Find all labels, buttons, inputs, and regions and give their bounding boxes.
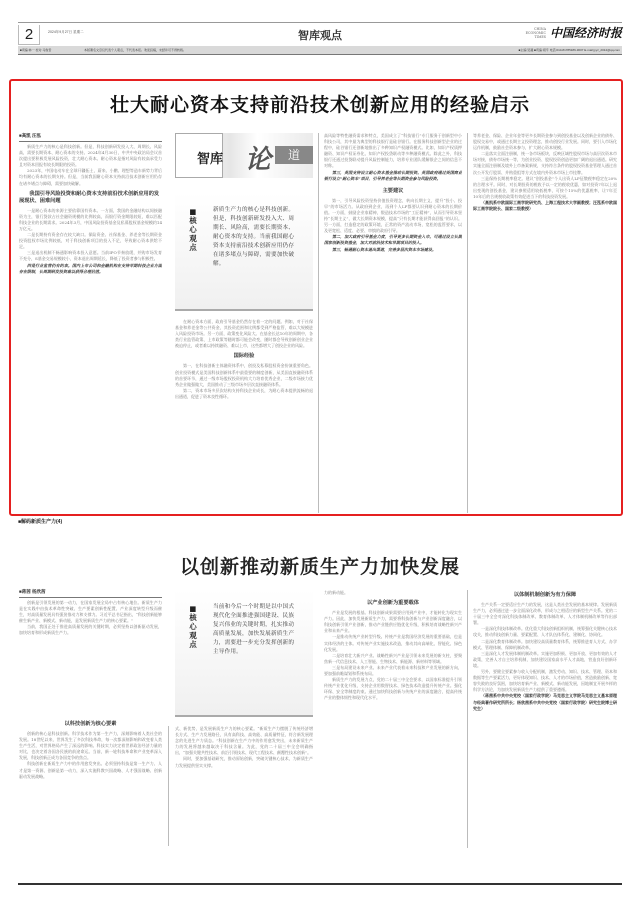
paragraph: 第一，在科技创新主体融资体系中，创投及私募股权资金扮演重要角色。创业投资模式是美… xyxy=(175,363,313,387)
subheading-institution: 以体制机制创新为有力保障 xyxy=(473,592,617,599)
article2-column-2: 式、新优势，是发展新质生产力的核心要素。“新质生产力摆脱了传统经济增长方式、生产… xyxy=(175,726,313,846)
paragraph: 二是培育壮大新兴产业。战略性新兴产业是引领未来发展的新支柱，要聚焦新一代信息技术… xyxy=(324,653,462,665)
series-label: ■解码新质生产力(4) xyxy=(18,518,62,525)
paragraph: 创新的核心是科技创新。科学技术作为第一生产力，深刻影响着人类社会的发展。18世纪… xyxy=(19,731,162,761)
paragraph: 新质生产力的核心是科技创新。但是，科技创新研发投入大、周期长、风险高，需要长期资… xyxy=(19,144,162,168)
paragraph: 二是落实全面注册制，统一各市场板块，反映区域性股权市场与高层次资本市场对接，债券… xyxy=(473,151,617,175)
subheading-industry: 以产业创新为重要载体 xyxy=(324,600,462,607)
paragraph: 同时，要加强基础研究，推动原始创新，突破关键核心技术，为新质生产力发展提供坚实支… xyxy=(175,756,313,768)
brand-english: CHINA ECONOMIC TIMES xyxy=(526,27,546,39)
article2-column-1: 创新是引领发展的第一动力，在国家发展全局中占有核心地位。新质生产力是在实践中由技… xyxy=(19,600,162,715)
newspaper-logo: CHINA ECONOMIC TIMES 中国经济时报 xyxy=(526,24,622,41)
editor-credits-left: ■责编:林一 校对:马俊哲 xyxy=(20,48,51,52)
brand-chinese: 中国经济时报 xyxy=(550,24,622,41)
article-headline[interactable]: 壮大耐心资本支持前沿技术创新应用的经验启示 xyxy=(18,90,622,117)
article2-core-view-box: ■核心观点 当前和今后一个时期是以中国式现代化全面推进强国建设、民族复兴伟业的关… xyxy=(175,590,313,717)
paragraph: 三是布局建设未来产业。未来产业代表着未来科技和产业发展的新方向，要加强前瞻谋划和… xyxy=(324,665,462,677)
paragraph: 生产关系一定要适应生产力的发展，这是人类社会发展的基本规律。发展新质生产力，必须… xyxy=(473,602,617,626)
subheading-international: 国际经验 xyxy=(175,353,313,360)
core-view-box: ■核心观点 新质生产力的核心是科技创新。但是，科技创新研发投入大、周期长、风险高… xyxy=(175,193,313,311)
core-view-text: 新质生产力的核心是科技创新。但是，科技创新研发投入大、周期长、风险高，需要长期资… xyxy=(213,206,295,269)
editor-credits-right: ■主编:吴越 ■责编:胡辛 电话:010-81785186-3007 E-mai… xyxy=(519,48,620,52)
paragraph: 产业是发展的根基。科技创新成果需要应用到产业中，才能转化为现实生产力。因此，加快… xyxy=(324,610,462,634)
paragraph: 等养老金、保险、企业年金等更多长期资金参与到创投基金以及创新企业的债券、股权交易… xyxy=(473,133,617,151)
paragraph: 第二，资本市场多层次结构支持科技企业成长，为耐心资本提供流畅的退出通道，促进了资… xyxy=(175,388,313,400)
masthead: 2 2024年9月27日 星期二 智库观点 CHINA ECONOMIC TIM… xyxy=(18,22,622,46)
paragraph: 三是深化人才发展体制机制改革。实施更加积极、更加开放、更加有效的人才政策，完善人… xyxy=(473,651,617,669)
author-note: （高凯系中欧国际工商学院研究员、上海工程技术大学副教授；汪泓系中欧国际工商学院院… xyxy=(473,200,617,212)
paragraph: 一是深化科技体制改革。优化重大科技创新组织机制，统筹强化关键核心技术攻关，推动科… xyxy=(473,626,617,638)
article2-byline: ■蒋茜 杨欣茜 xyxy=(19,589,45,595)
subheading-suggestions: 主要建议 xyxy=(324,188,462,195)
paragraph: 二是长期持有资金存在较大缺口。保险资金、社保基金、养老金等长期资金投资股权市场比… xyxy=(19,232,162,250)
byline-divider xyxy=(19,597,162,598)
paragraph: 科技创新在新质生产力中的作用愈发突出。必须坚持科技是第一生产力、人才是第一资源、… xyxy=(19,761,162,779)
logo-zhiku: 智库 xyxy=(197,148,223,167)
article-column-4: 等养老金、保险、企业年金等更多长期资金参与到创投基金以及创新企业的债券、股权交易… xyxy=(473,133,617,513)
column-divider xyxy=(168,726,169,846)
paragraph: 力的新动能。 xyxy=(324,590,462,596)
paragraph: 第二，加大政府引导基金力度，引导更多长期资金入市。可通过设立长期国家创新投资基金… xyxy=(324,234,462,246)
byline-divider xyxy=(19,141,162,142)
article2-column-1b: 以科技创新为核心要素 创新的核心是科技创新。科学技术作为第一生产力，深刻影响着人… xyxy=(19,717,162,847)
article-column-2: 在耐心资本方面，政府引导基金仍然存在着一定的问题。例如，对于社保基金和养老金等公… xyxy=(175,319,313,514)
paragraph: 创新是引领发展的第一动力，在国家发展全局中占有核心地位。新质生产力是在实践中由技… xyxy=(19,600,162,624)
page-bottom-rule xyxy=(18,883,622,885)
paragraph: 高风险等特性融资需求和特点，美国成立了“科技银行”专门服务于创新型中小科技公司，… xyxy=(324,133,462,170)
info-bar: ■责编:林一 校对:马俊哲 本版署名文章仅代表个人观点，不代表本报。欢迎投稿，未… xyxy=(18,46,622,55)
core-view-text: 当前和今后一个时期是以中国式现代化全面推进强国建设、民族复兴伟业的关键时期，扎实… xyxy=(213,603,295,657)
paragraph: 新质生产力的发展力点，党的二十届三中全会要求，以国家标准提升引领传统产业优化升级… xyxy=(324,677,462,701)
logo-lun: 论 xyxy=(245,139,271,176)
paragraph: 一是推动传统产业转型升级。传统产业是我国经济发展的重要基础，也是实体经济的主体。… xyxy=(324,634,462,652)
article2-headline[interactable]: 以创新推动新质生产力加快发展 xyxy=(18,552,622,579)
zhiku-lundao-logo: 智库 论 道 xyxy=(175,133,313,178)
disclaimer: 本版署名文章仅代表个人观点，不代表本报。欢迎投稿，未经许可不得转载。 xyxy=(84,48,186,52)
paragraph: 第三，英国支持设立耐心资本基金推动长期投资。英国政府通过英国商业银行设立“耐心资… xyxy=(324,170,462,182)
paragraph: 式、新优势，是发展新质生产力的核心要素。“新质生产力摆脱了传统经济增长方式、生产… xyxy=(175,726,313,756)
paragraph: 当前，我国正处于推进高质量发展的关键时期，必须坚持以创新驱动发展，加快培育和形成… xyxy=(19,624,162,636)
author-note: （蒋茜系中共中央党校（国家行政学院）马克思主义学院马克思主义基本原理与经典著作研… xyxy=(473,693,617,711)
article-column-3: 高风险等特性融资需求和特点，美国成立了“科技银行”专门服务于创新型中小科技公司，… xyxy=(324,133,462,513)
brand-en-line: TIMES xyxy=(526,35,546,39)
paragraph: 一是耐心资本的来源主要依靠国有资本。一方面，我国的金融结构以间接融资为主，银行贷… xyxy=(19,208,162,232)
article2-column-3: 力的新动能。 以产业创新为重要载体 产业是发展的根基。科技创新成果需要应用到产业… xyxy=(324,590,462,848)
paragraph: 三是保持长期税率稳定。建议“创投基金”个人出资人LP征缴税率稳定在20%的合理水… xyxy=(473,176,617,200)
article-column-1: 新质生产力的核心是科技创新。但是，科技创新研发投入大、周期长、风险高，需要长期资… xyxy=(19,144,162,514)
paragraph: 在耐心资本方面，政府引导基金仍然存在着一定的问题。例如，对于社保基金和养老金等公… xyxy=(175,319,313,349)
article2-column-4: 以体制机制创新为有力保障 生产关系一定要适应生产力的发展，这是人类社会发展的基本… xyxy=(473,590,617,848)
paragraph: 三是退出机制不畅通影响资本投入意愿。当前IPO节奏放缓，并购市场发育不充分，S基… xyxy=(19,250,162,262)
paragraph: 四是行业监管仍有约束。国内上市公司和金融机构在支持早期科技企业方面存在限制，长周… xyxy=(19,263,162,275)
paragraph: 二是深化教育体制改革。加快建设高质量教育体系，统筹推进育人方式、办学模式、管理体… xyxy=(473,639,617,651)
core-view-label: ■核心观点 xyxy=(189,207,197,252)
paragraph: 2023年，中国电动车在全球开疆拓土，蔚来、小鹏、理想等造车新势力背后均有耐心资… xyxy=(19,168,162,186)
paragraph: 第三，畅通耐心资本退出渠道，完善多层次资本市场建设。 xyxy=(324,247,462,253)
core-view-label: ■核心观点 xyxy=(189,604,197,649)
column-divider xyxy=(467,590,468,848)
column-divider xyxy=(467,133,468,513)
subheading-tech: 以科技创新为核心要素 xyxy=(19,721,162,728)
article-byline: ■高凯 汪泓 xyxy=(19,133,41,139)
paragraph: 第一，引导风险投资坚持价值投资理念，转向长期主义，提升“投小、投早”的市场活力。… xyxy=(324,198,462,235)
column-divider xyxy=(318,133,319,513)
subheading-status: 我国引导风险投资和耐心资本支持前沿技术创新应用的发展现状、困难问题 xyxy=(19,191,162,205)
brand-en-line: ECONOMIC xyxy=(526,31,546,35)
paragraph: 另外，要健全要素参与收入分配机制，激发劳动、知识、技术、管理、资本和数据等生产要… xyxy=(473,669,617,693)
logo-dao: 道 xyxy=(275,146,313,164)
